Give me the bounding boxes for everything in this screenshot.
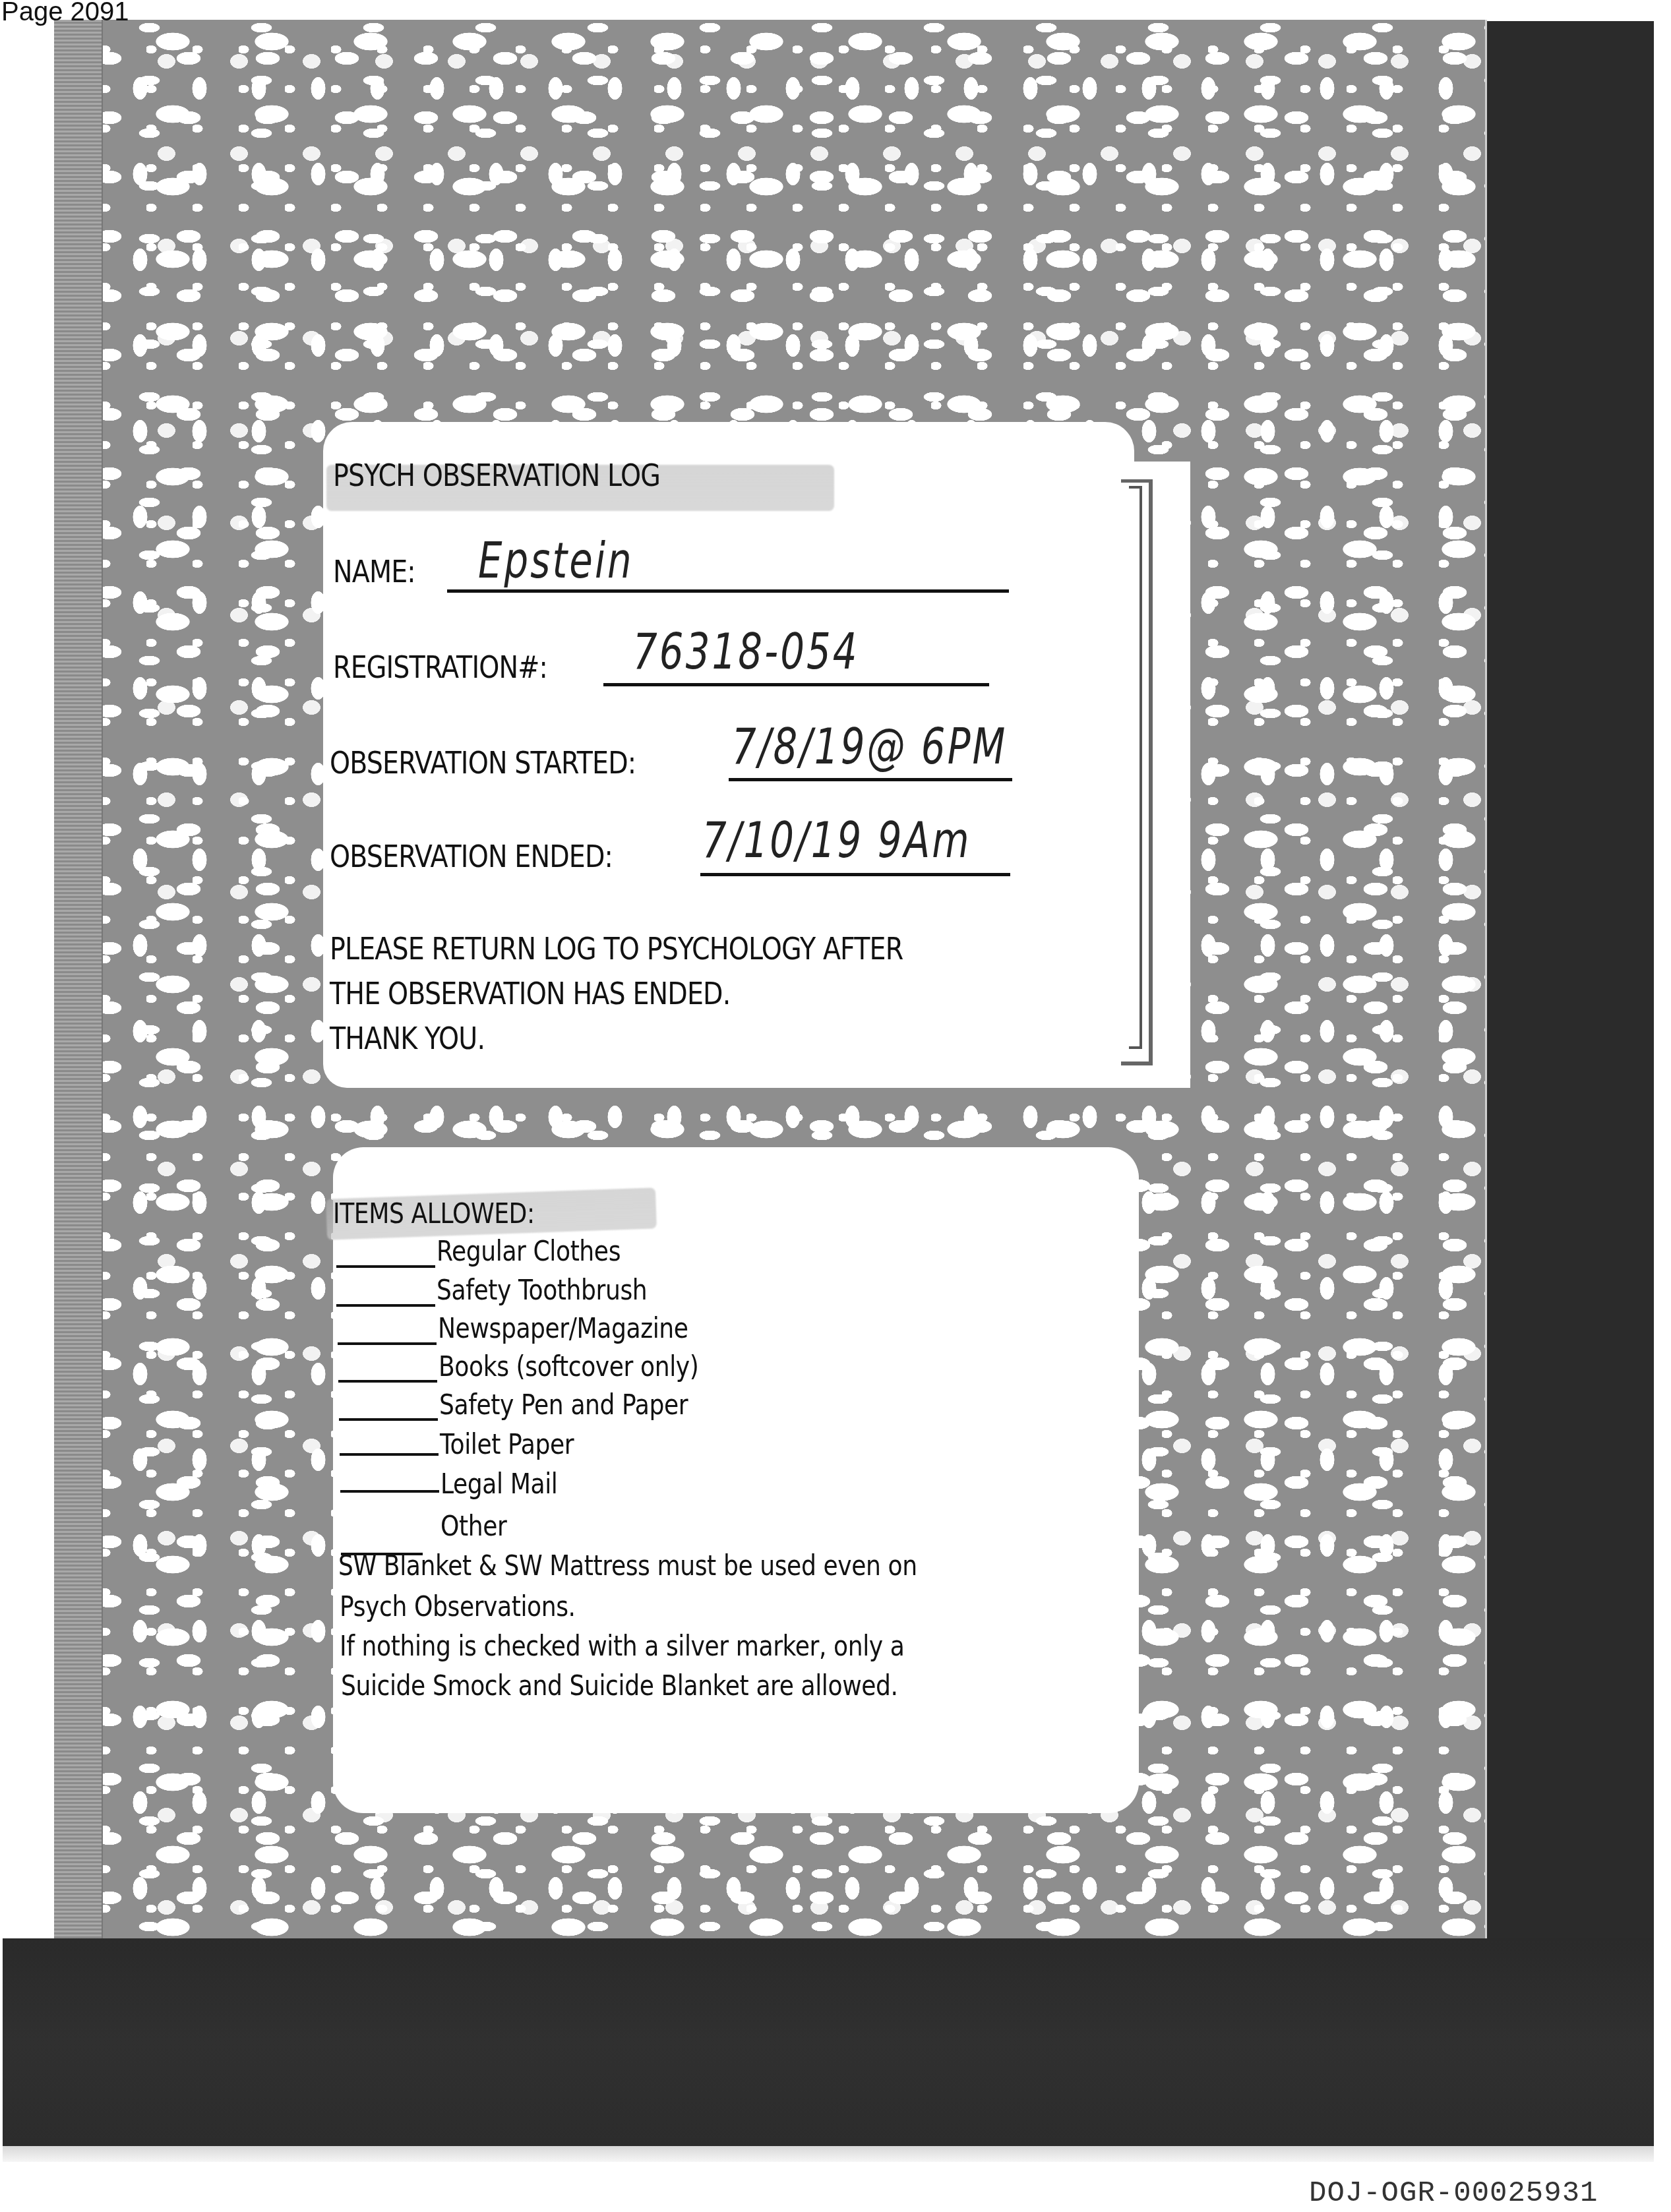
note-line-1: SW Blanket & SW Mattress must be used ev… xyxy=(338,1549,917,1582)
checkbox-line-legal-mail[interactable] xyxy=(340,1490,439,1493)
bracket-decoration-inner xyxy=(1129,486,1142,1049)
bates-number: DOJ-OGR-00025931 xyxy=(1309,2177,1598,2210)
notebook-spine xyxy=(54,20,103,1938)
observation-started-label: OBSERVATION STARTED: xyxy=(330,745,636,781)
checkbox-line-safety-toothbrush[interactable] xyxy=(336,1304,435,1307)
checkbox-line-books[interactable] xyxy=(338,1380,437,1383)
instruction-line-1: PLEASE RETURN LOG TO PSYCHOLOGY AFTER xyxy=(330,931,903,967)
item-newspaper-magazine: Newspaper/Magazine xyxy=(438,1312,688,1344)
instruction-line-2: THE OBSERVATION HAS ENDED. xyxy=(330,976,730,1011)
checkbox-line-toilet-paper[interactable] xyxy=(340,1453,439,1456)
item-safety-pen-paper: Safety Pen and Paper xyxy=(439,1389,688,1421)
name-field-label: NAME: xyxy=(333,554,415,589)
name-field-value[interactable]: Epstein xyxy=(478,533,634,589)
item-toilet-paper: Toilet Paper xyxy=(440,1428,574,1460)
registration-field-value[interactable]: 76318-054 xyxy=(633,624,859,680)
observation-ended-line xyxy=(700,873,1010,876)
scan-dark-edge-bottom xyxy=(3,1938,1654,2146)
scan-edge-fade xyxy=(3,2146,1654,2162)
checkbox-line-newspaper-magazine[interactable] xyxy=(338,1342,437,1345)
observation-started-value[interactable]: 7/8/19@ 6PM xyxy=(732,719,1008,775)
item-other: Other xyxy=(441,1510,506,1542)
observation-ended-label: OBSERVATION ENDED: xyxy=(330,839,613,874)
item-books: Books (softcover only) xyxy=(439,1350,698,1383)
registration-field-line xyxy=(603,683,989,686)
observation-started-line xyxy=(729,778,1012,781)
observation-ended-value[interactable]: 7/10/19 9Am xyxy=(702,812,971,869)
note-line-2: Psych Observations. xyxy=(340,1590,576,1623)
checkbox-line-safety-pen-paper[interactable] xyxy=(339,1418,438,1421)
item-legal-mail: Legal Mail xyxy=(441,1468,557,1500)
checkbox-line-regular-clothes[interactable] xyxy=(336,1265,435,1268)
item-regular-clothes: Regular Clothes xyxy=(437,1235,621,1267)
name-field-line xyxy=(447,589,1009,593)
log-title: PSYCH OBSERVATION LOG xyxy=(333,458,660,493)
page-number-label: Page 2091 xyxy=(1,0,129,27)
items-allowed-title: ITEMS ALLOWED: xyxy=(333,1197,535,1230)
scan-dark-edge-right xyxy=(1477,21,1654,1946)
item-safety-toothbrush: Safety Toothbrush xyxy=(437,1274,647,1306)
instruction-line-3: THANK YOU. xyxy=(330,1021,485,1056)
note-line-4: Suicide Smock and Suicide Blanket are al… xyxy=(341,1669,898,1702)
registration-field-label: REGISTRATION#: xyxy=(333,649,547,685)
note-line-3: If nothing is checked with a silver mark… xyxy=(340,1630,905,1662)
